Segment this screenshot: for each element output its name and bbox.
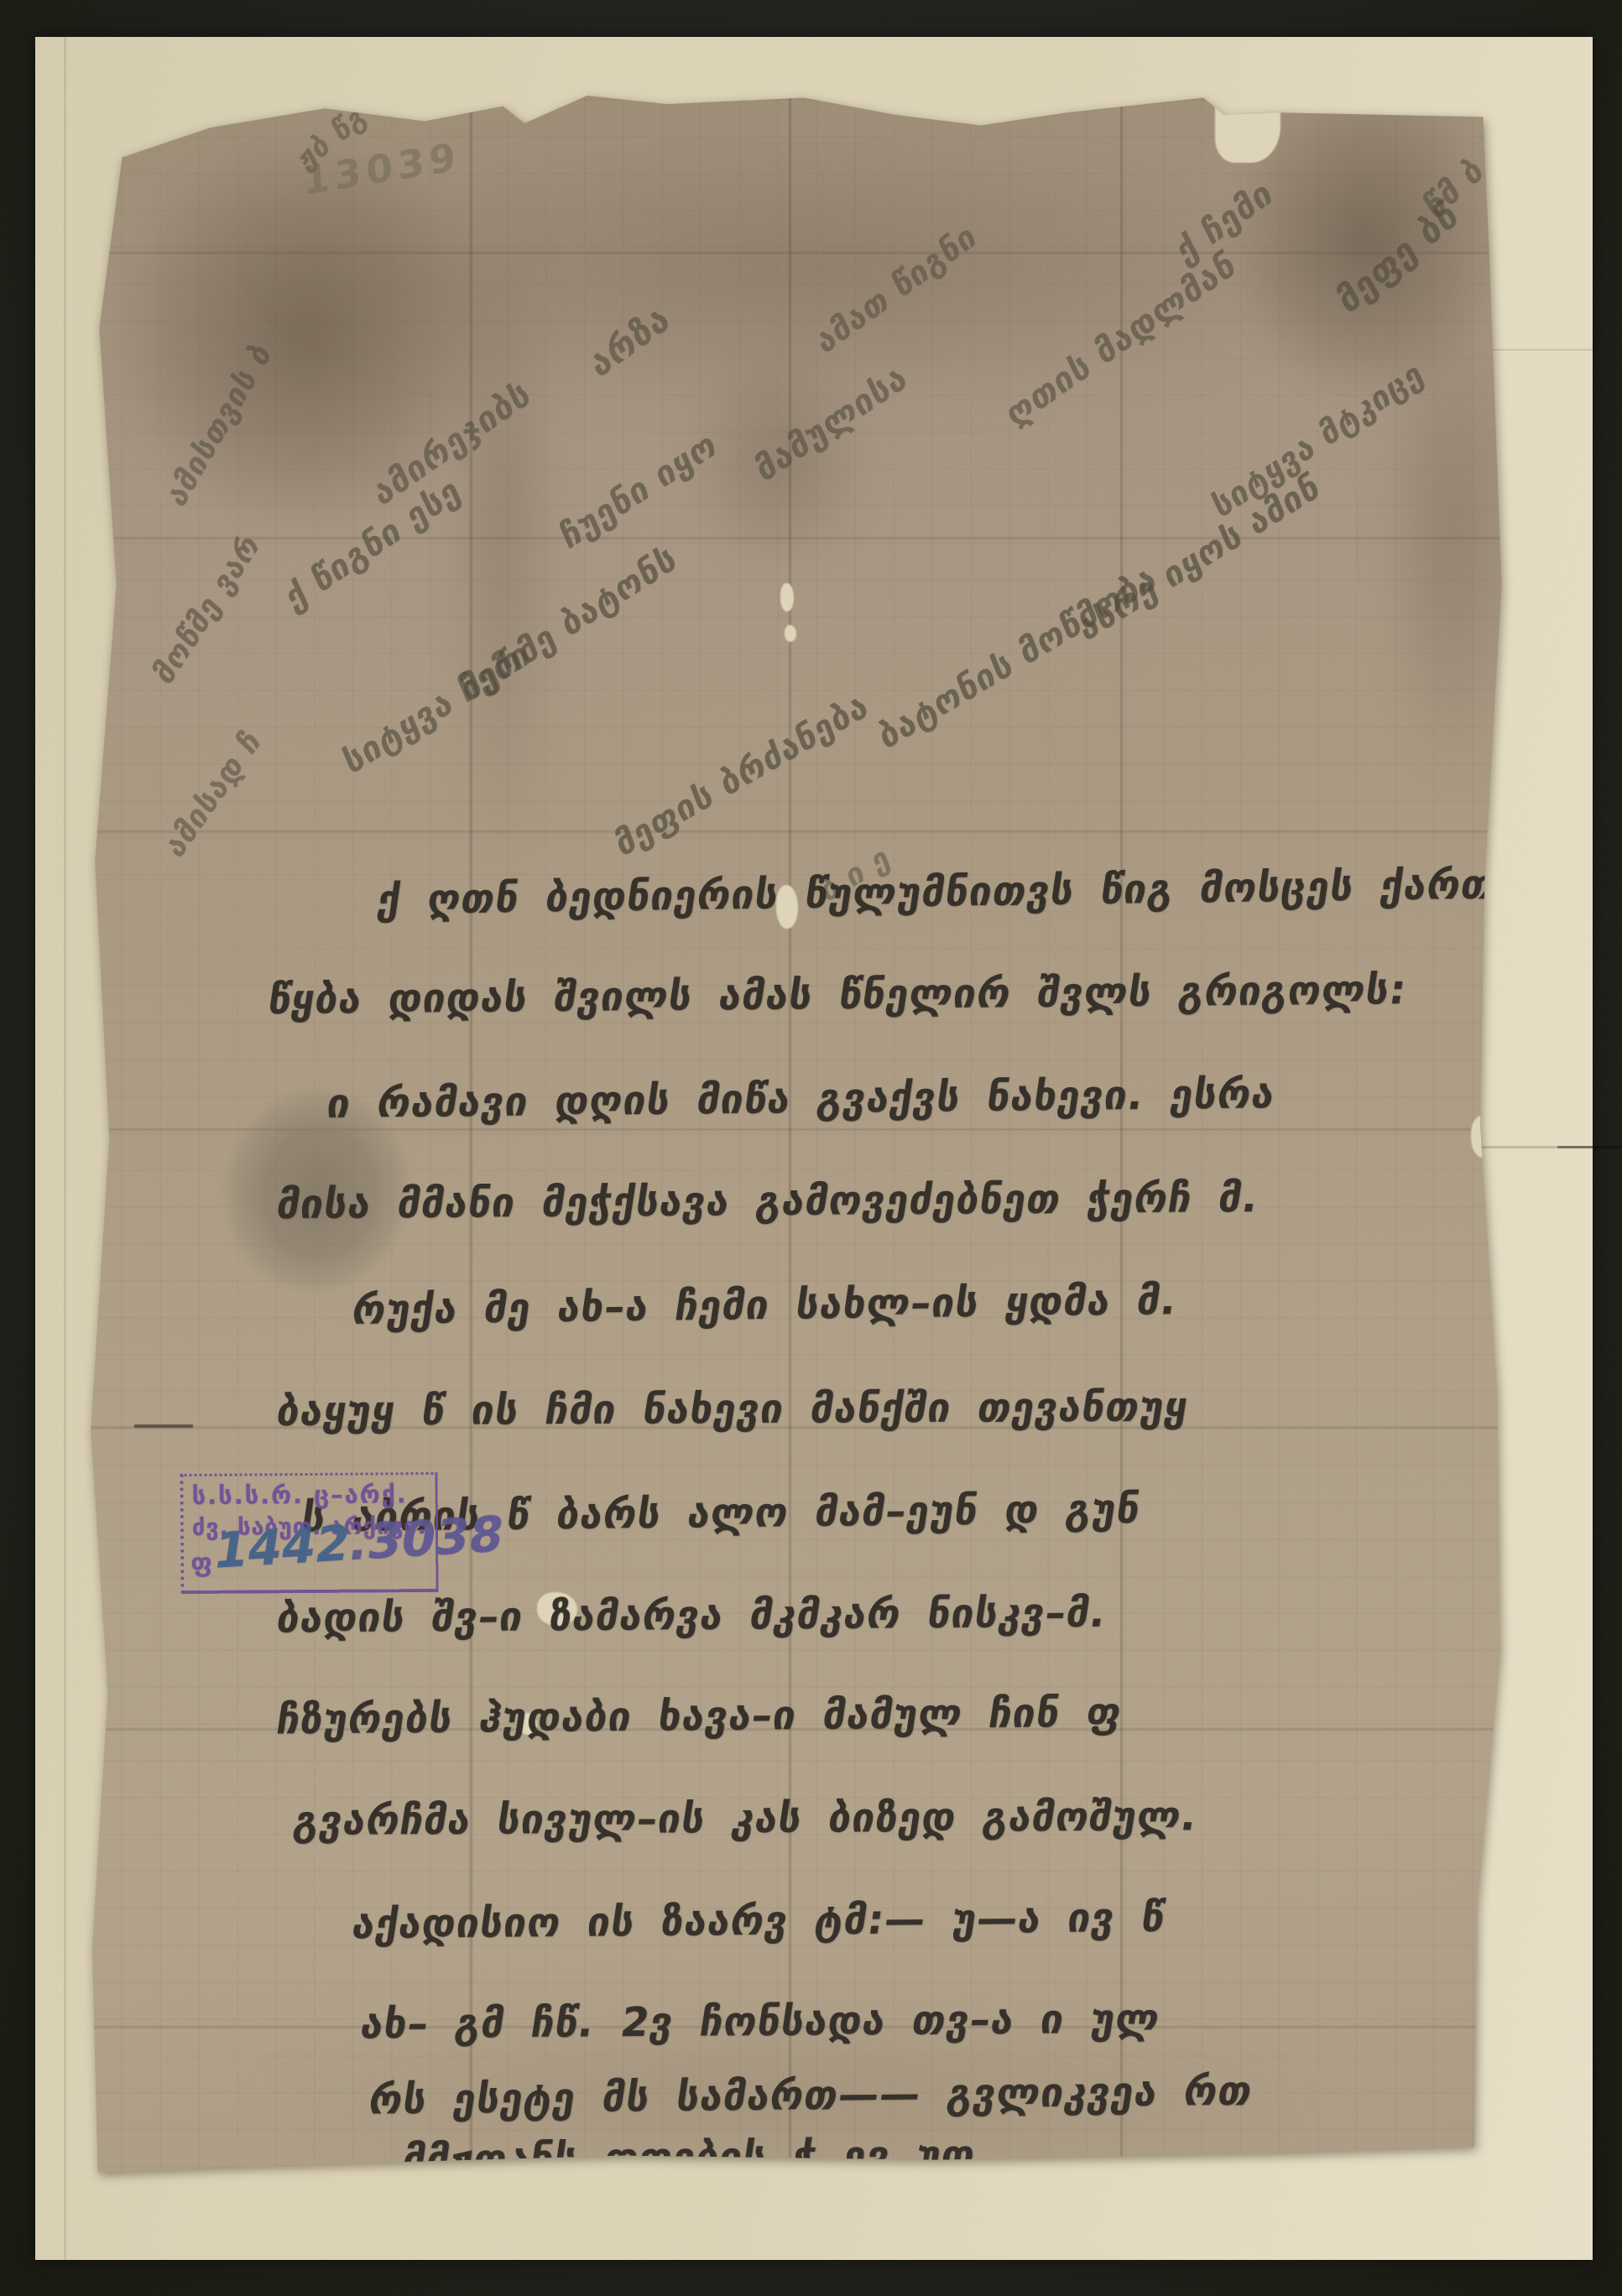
manuscript-line: ბადის შვ–ი ზამარვა მკმკარ ნისკვ–მ. [274, 1590, 1110, 1643]
manuscript-line: ი რამავი დღის მიწა გვაქვს ნახევი. ესრა [324, 1070, 1278, 1127]
scrawl-annotation: მოწმე ვარ [148, 527, 266, 692]
corner-loss [1215, 82, 1280, 163]
manuscript-line: ბაყუყ წ ის ჩმი ნახევი მანქში თევანთუყ [274, 1383, 1192, 1435]
scrawl-annotation: ამისად ჩ [159, 723, 268, 866]
manuscript-line: მმჟოანს დღების ჭ ევ უო [399, 2132, 979, 2184]
manuscript-line: ჩზურებს ჰუდაბი ხავა–ი მამულ ჩინ ფ [274, 1689, 1125, 1744]
fold-stain [440, 97, 566, 945]
manuscript-line: გვარჩმა სივულ–ის კას ბიზედ გამოშულ. [290, 1793, 1202, 1845]
vertical-fold-crease [1120, 72, 1123, 2205]
scrawl-annotation: ამათ წიგნი [811, 216, 982, 361]
scrawl-annotation: მერმე ბატონს [456, 538, 682, 711]
scrawl-annotation: არზა [583, 296, 675, 387]
mat-fold-crease [64, 37, 66, 2260]
horizontal-fold-crease [82, 252, 1509, 254]
scrawl-annotation: ასრე იყოს ამინ [1073, 466, 1325, 649]
archive-stamp: ს.ს.ს.რ. ც–არქ. ძვ. საბუთ. არქივი. ფ 144… [180, 1472, 439, 1594]
ink-crease-mark [134, 1424, 193, 1428]
aged-paper-sheet: ჟბ წგამისთვის ბმოწმე ვარამისად ჩქ წიგნი … [82, 72, 1509, 2205]
manuscript-line: ქ ღთნ ბედნიერის წულუმნითვს წიგ მოსცეს ქა… [374, 860, 1590, 924]
manuscript-line: მისა მმანი მეჭქსავა გამოვეძებნეთ ჭერჩ მ. [274, 1174, 1262, 1228]
manuscript-line: წყბა დიდას შვილს ამას წნელირ შვლს გრიგოლ… [265, 966, 1411, 1023]
horizontal-fold-crease [82, 537, 1509, 539]
edge-tear [1471, 1116, 1496, 1158]
background-crease [1557, 1146, 1622, 1148]
stamp-line-1: ს.ს.ს.რ. ც–არქ. [192, 1480, 429, 1510]
manuscript-document: ჟბ წგამისთვის ბმოწმე ვარამისად ჩქ წიგნი … [82, 72, 1509, 2205]
scrawl-annotation: ამისთვის ბ [161, 336, 279, 513]
fond-number-purple: .3038 [345, 1505, 508, 1572]
manuscript-line: აქადისიო ის ზაარვ ტმ:— უ—ა ივ წ [349, 1894, 1168, 1949]
vertical-fold-crease [470, 72, 472, 2205]
paper-damage [785, 625, 796, 642]
scrawl-annotation: მამულისა [750, 357, 913, 490]
horizontal-fold-crease [82, 830, 1509, 833]
scrawl-annotation: მეფის ბრძანება [611, 685, 874, 866]
manuscript-line: რუქა მე ახ–ა ჩემი სახლ–ის ყდმა მ. [349, 1277, 1181, 1334]
fond-number-blue: 1442 [210, 1514, 354, 1580]
paper-damage [780, 583, 794, 612]
vertical-fold-crease [789, 72, 791, 2205]
stamp-fond-prefix: ფ [190, 1549, 212, 1578]
manuscript-line: რს ესეტე მს სამართ—— გვლიკვეა რთ [366, 2067, 1256, 2123]
manuscript-line: ახ– გმ ჩწ. 2ვ ჩონსადა თვ–ა ი ულ [357, 1996, 1164, 2049]
photo-background: ჟბ წგამისთვის ბმოწმე ვარამისად ჩქ წიგნი … [0, 0, 1622, 2296]
